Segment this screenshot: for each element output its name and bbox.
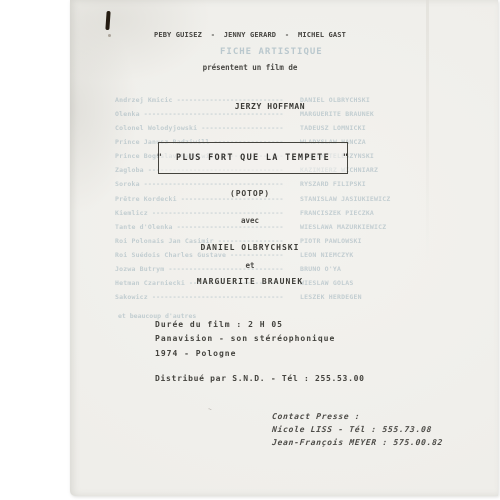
- bleedthrough-row: Tante d'Olenka -------------------------…: [115, 224, 490, 234]
- with-label: avec: [74, 217, 426, 225]
- cast-actor: TADEUSZ LOMNICKI: [300, 125, 366, 132]
- cast-actor: MARGUERITE BRAUNEK: [300, 111, 374, 118]
- year-country-line: 1974 - Pologne: [155, 350, 236, 359]
- original-title: (POTOP): [74, 190, 426, 199]
- director-name: JERZY HOFFMAN: [74, 103, 446, 112]
- and-label: et: [74, 262, 426, 270]
- film-title: " PLUS FORT QUE LA TEMPETE ": [157, 153, 350, 163]
- paper-fold-streak: [426, 0, 429, 262]
- producers-line: PEBY GUISEZ - JENNY GERARD - MICHEL GAST: [74, 32, 426, 40]
- bleedthrough-row: Sakowicz -------------------------------…: [115, 294, 490, 304]
- cast-actor: FRANCISZEK PIECZKA: [300, 210, 374, 217]
- cast-actor: RYSZARD FILIPSKI: [300, 181, 366, 188]
- paper-speck: ~: [207, 406, 212, 414]
- cast-role: Colonel Wolodyjowski -------------------…: [115, 125, 284, 132]
- cast-actor: LEON NIEMCZYK: [300, 252, 353, 259]
- bleedthrough-header: FICHE ARTISTIQUE: [220, 47, 323, 57]
- cast-role: Soroka ---------------------------------…: [115, 181, 284, 188]
- press-contact-2: Jean-François MEYER : 575.00.82: [272, 439, 444, 448]
- distributor-line: Distribué par S.N.D. - Tél : 255.53.00: [155, 375, 365, 384]
- cast-actor: LESZEK HERDEGEN: [300, 294, 362, 301]
- pen-mark: [105, 11, 110, 30]
- bleedthrough-row: Olenka ---------------------------------…: [115, 111, 490, 121]
- cast-role: Sakowicz -------------------------------…: [115, 294, 284, 301]
- lead-actress-name: MARGUERITE BRAUNEK: [74, 278, 426, 287]
- presents-line: présentent un film de: [74, 64, 426, 72]
- runtime-line: Durée du film : 2 H 05: [155, 321, 283, 330]
- cast-role: Roi Suédois Charles Gustave ------------…: [115, 252, 284, 259]
- bleedthrough-footer: et beaucoup d'autres: [118, 312, 196, 320]
- cast-role: Olenka ---------------------------------…: [115, 111, 284, 118]
- press-contact-1: Nicole LISS - Tél : 555.73.08: [272, 426, 433, 435]
- bleedthrough-row: Roi Suédois Charles Gustave ------------…: [115, 252, 490, 262]
- lead-actor-name: DANIEL OLBRYCHSKI: [74, 244, 426, 253]
- bleedthrough-row: Colonel Wolodyjowski -------------------…: [115, 125, 490, 135]
- film-title-box: " PLUS FORT QUE LA TEMPETE ": [158, 142, 348, 174]
- format-line: Panavision - son stéréophonique: [155, 335, 335, 344]
- press-contact-header: Contact Presse :: [272, 413, 361, 422]
- paper-sheet: FICHE ARTISTIQUE Andrzej Kmicic --------…: [70, 0, 498, 496]
- scanned-press-sheet: FICHE ARTISTIQUE Andrzej Kmicic --------…: [0, 0, 500, 500]
